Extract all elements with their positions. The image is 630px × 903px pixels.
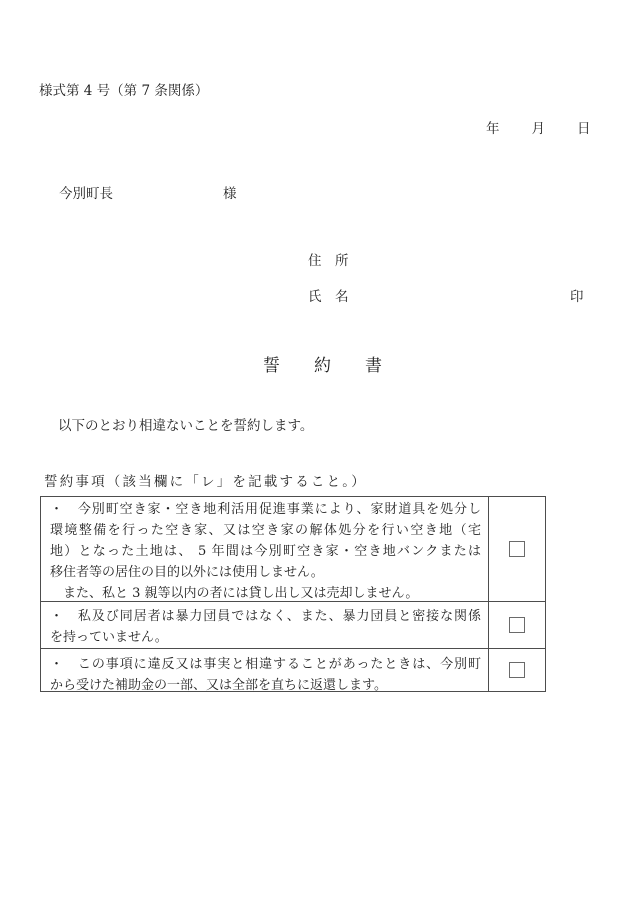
addressee-honorific: 様 xyxy=(223,187,237,203)
pledge-text-cell: ・ 私及び同居者は暴力団員ではなく、また、暴力団員と密接な関係を持っていません。 xyxy=(41,602,488,648)
date-year-label: 年 xyxy=(486,122,500,138)
checkbox[interactable] xyxy=(509,662,525,678)
document-title: 誓 約 書 xyxy=(263,357,382,377)
checkbox-cell xyxy=(488,497,545,601)
addressee-name: 今別町長 xyxy=(59,187,113,203)
pledge-line: ・ この事項に違反又は事実と相違することがあったときは、今別町 xyxy=(50,654,481,675)
pledge-line: ・ 今別町空き家・空き地利活用促進事業により、家財道具を処分し xyxy=(50,499,481,520)
pledge-table-row: ・ この事項に違反又は事実と相違することがあったときは、今別町から受けた補助金の… xyxy=(41,648,545,691)
pledge-text-cell: ・ 今別町空き家・空き地利活用促進事業により、家財道具を処分し環境整備を行った空… xyxy=(41,497,488,601)
pledge-line: 環境整備を行った空き家、又は空き家の解体処分を行い空き地（宅 xyxy=(50,520,481,541)
pledge-line: を持っていません。 xyxy=(50,627,481,648)
document-page: 様式第 4 号（第 7 条関係） 年 月 日 今別町長 様 住 所 氏 名 印 … xyxy=(0,0,630,903)
date-month-label: 月 xyxy=(532,122,546,138)
pledge-text-cell: ・ この事項に違反又は事実と相違することがあったときは、今別町から受けた補助金の… xyxy=(41,649,488,691)
checkbox-cell xyxy=(488,649,545,691)
pledge-table: ・ 今別町空き家・空き地利活用促進事業により、家財道具を処分し環境整備を行った空… xyxy=(40,496,546,692)
pledge-line: から受けた補助金の一部、又は全部を直ちに返還します。 xyxy=(50,675,481,696)
pledge-table-caption: 誓約事項（該当欄に「レ」を記載すること。） xyxy=(44,475,367,491)
checkbox[interactable] xyxy=(509,541,525,557)
pledge-line: ・ 私及び同居者は暴力団員ではなく、また、暴力団員と密接な関係 xyxy=(50,606,481,627)
pledge-table-row: ・ 今別町空き家・空き地利活用促進事業により、家財道具を処分し環境整備を行った空… xyxy=(41,497,545,601)
pledge-line: 移住者等の居住の目的以外には使用しません。 xyxy=(50,562,481,583)
pledge-line: また、私と 3 親等以内の者には貸し出し又は売却しません。 xyxy=(50,583,481,604)
pledge-line: 地）となった土地は、 5 年間は今別町空き家・空き地バンクまたは xyxy=(50,541,481,562)
form-number: 様式第 4 号（第 7 条関係） xyxy=(39,84,208,100)
checkbox[interactable] xyxy=(509,617,525,633)
pledge-table-row: ・ 私及び同居者は暴力団員ではなく、また、暴力団員と密接な関係を持っていません。 xyxy=(41,601,545,648)
seal-label: 印 xyxy=(570,290,584,306)
date-day-label: 日 xyxy=(577,122,591,138)
checkbox-cell xyxy=(488,602,545,648)
date-line: 年 月 日 xyxy=(486,122,591,138)
pledge-statement: 以下のとおり相違ないことを誓約します。 xyxy=(58,419,313,435)
name-label: 氏 名 xyxy=(308,290,349,306)
address-label: 住 所 xyxy=(308,254,349,270)
